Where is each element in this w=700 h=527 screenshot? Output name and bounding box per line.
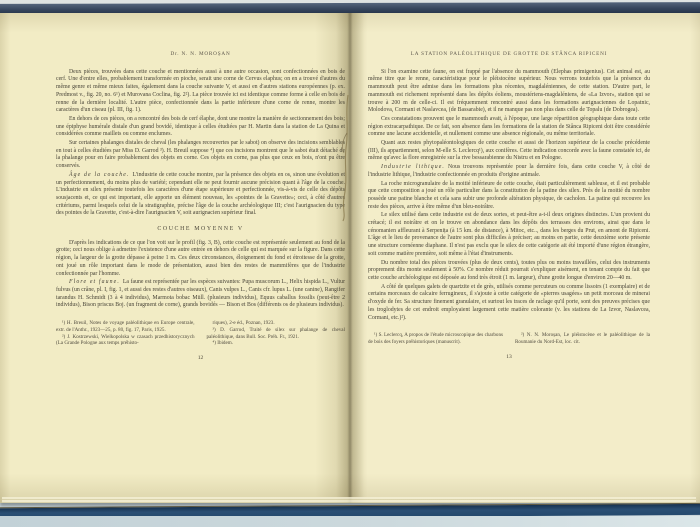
footnote-column: riques), 2-e éd., Poznan, 1923. ³) D. Ga… — [207, 320, 346, 347]
section-heading-couche-moyenne-v: COUCHE MOYENNE V — [56, 226, 345, 234]
paragraph: Du nombre total des pièces trouvées (plu… — [368, 260, 650, 283]
footnote: ²) N. N. Moroșan, Le pléistocène et le p… — [515, 332, 650, 345]
paragraph-text: Deux pièces, trouvées dans cette couche … — [56, 69, 345, 114]
paragraph-text: A côté de quelques galets de quartzite e… — [368, 284, 650, 321]
paragraph-lead: Flore et faune. — [69, 279, 120, 285]
paragraph: Si l'on examine cette faune, on est frap… — [368, 69, 650, 115]
paragraph-text: Quant aux restes phytopaléontologiques d… — [368, 140, 650, 161]
footnote: ²) J. Kostrzewski, Wielkopolska w czasac… — [56, 334, 195, 347]
paragraph: Le silex utilisé dans cette industrie es… — [368, 212, 650, 258]
paragraph-text: Le silex utilisé dans cette industrie es… — [368, 212, 650, 257]
paragraph: Sur certaines phalanges distales de chev… — [56, 140, 345, 171]
footnote-column: ¹) S. Leclercq, A propos de l'étude micr… — [368, 332, 503, 345]
paragraph-text: En dehors de ces pièces, on a rencontré … — [56, 116, 345, 137]
paragraph-age-de-la-couche: Âge de la couche.L'industrie de cette co… — [56, 172, 345, 218]
running-header-title: LA STATION PALÉOLITHIQUE DE GROTTE DE ST… — [368, 51, 650, 59]
footnote-column: ²) N. N. Moroșan, Le pléistocène et le p… — [515, 332, 650, 345]
footnote: ³) D. Garrod, Traité de silex sur phalan… — [207, 327, 346, 340]
page-left-body: Dr. N. N. MOROȘAN Deux pièces, trouvées … — [56, 51, 345, 363]
paragraph-lead: Âge de la couche. — [69, 172, 129, 178]
footnotes: ¹) S. Leclercq, A propos de l'étude micr… — [368, 332, 650, 345]
paragraph-text: Si l'on examine cette faune, on est frap… — [368, 69, 650, 114]
book-scan: Dr. N. N. MOROȘAN Deux pièces, trouvées … — [0, 0, 700, 527]
paragraph-lead: Industrie lithique. — [381, 164, 445, 170]
binding-thread — [334, 93, 358, 223]
paragraph: A côté de quelques galets de quartzite e… — [368, 284, 650, 323]
open-book: Dr. N. N. MOROȘAN Deux pièces, trouvées … — [0, 13, 700, 503]
page-number: 12 — [56, 355, 345, 363]
page-right-body: LA STATION PALÉOLITHIQUE DE GROTTE DE ST… — [368, 51, 650, 361]
paragraph: Quant aux restes phytopaléontologiques d… — [368, 140, 650, 163]
footnote: riques), 2-e éd., Poznan, 1923. — [207, 320, 346, 327]
page-left: Dr. N. N. MOROȘAN Deux pièces, trouvées … — [0, 13, 350, 503]
paragraph-text: La roche microgranulaire de la moitié in… — [368, 181, 650, 210]
page-right: LA STATION PALÉOLITHIQUE DE GROTTE DE ST… — [350, 13, 700, 503]
page-number: 13 — [368, 354, 650, 362]
paragraph-text: L'industrie de cette couche montre, par … — [56, 172, 345, 217]
running-header-author: Dr. N. N. MOROȘAN — [56, 51, 345, 59]
paragraph: Ces constatations prouvent que le mammou… — [368, 116, 650, 139]
footnotes: ¹) H. Breuil, Notes de voyage paléolithi… — [56, 320, 345, 347]
footnote: ⁴) Ibidem. — [207, 340, 346, 347]
footnote-column: ¹) H. Breuil, Notes de voyage paléolithi… — [56, 320, 195, 347]
paragraph: La roche microgranulaire de la moitié in… — [368, 181, 650, 212]
paragraph-text: Du nombre total des pièces trouvées (plu… — [368, 260, 650, 281]
paragraph-flore-et-faune: Flore et faune.La faune est représentée … — [56, 279, 345, 310]
paragraph-text: Ces constatations prouvent que le mammou… — [368, 116, 650, 137]
paragraph: En dehors de ces pièces, on a rencontré … — [56, 116, 345, 139]
stacked-page-edges — [2, 497, 696, 503]
footnote: ¹) S. Leclercq, A propos de l'étude micr… — [368, 332, 503, 345]
paragraph-industrie-lithique: Industrie lithique.Nous trouvons représe… — [368, 164, 650, 179]
paragraph: Deux pièces, trouvées dans cette couche … — [56, 69, 345, 115]
desk-background — [0, 516, 700, 527]
paragraph: D'après les indications de ce que l'on v… — [56, 240, 345, 279]
paragraph-text: Sur certaines phalanges distales de chev… — [56, 140, 345, 169]
paragraph-text: D'après les indications de ce que l'on v… — [56, 240, 345, 277]
footnote: ¹) H. Breuil, Notes de voyage paléolithi… — [56, 320, 195, 333]
gutter-shadow — [336, 13, 364, 503]
